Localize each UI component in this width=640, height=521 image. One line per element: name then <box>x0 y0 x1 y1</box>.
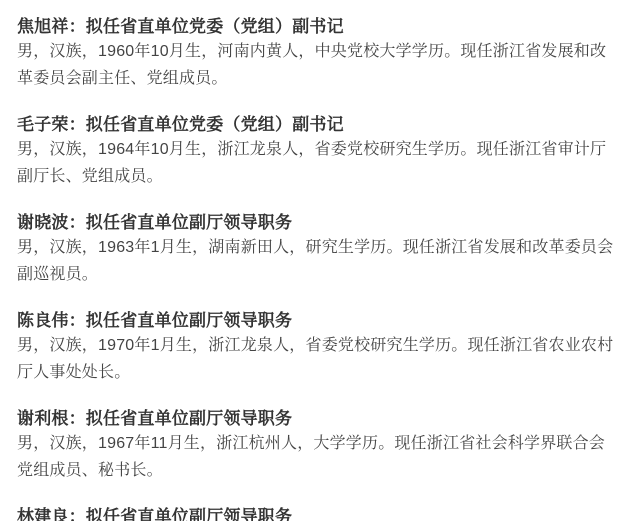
appointment-entry: 谢利根：拟任省直单位副厅领导职务 男，汉族，1967年11月生，浙江杭州人，大学… <box>17 407 622 484</box>
entry-body: 男，汉族，1960年10月生，河南内黄人，中央党校大学学历。现任浙江省发展和改 … <box>17 38 622 92</box>
appointment-entry: 谢晓波：拟任省直单位副厅领导职务 男，汉族，1963年1月生，湖南新田人，研究生… <box>17 211 622 288</box>
entry-heading: 谢晓波：拟任省直单位副厅领导职务 <box>17 211 622 234</box>
entry-body: 男，汉族，1964年10月生，浙江龙泉人，省委党校研究生学历。现任浙江省审计厅 … <box>17 136 622 190</box>
appointment-entry: 焦旭祥：拟任省直单位党委（党组）副书记 男，汉族，1960年10月生，河南内黄人… <box>17 15 622 92</box>
appointment-entry: 毛子荣：拟任省直单位党委（党组）副书记 男，汉族，1964年10月生，浙江龙泉人… <box>17 113 622 190</box>
entry-heading: 毛子荣：拟任省直单位党委（党组）副书记 <box>17 113 622 136</box>
entry-body: 男，汉族，1970年1月生，浙江龙泉人，省委党校研究生学历。现任浙江省农业农村 … <box>17 332 622 386</box>
entry-body: 男，汉族，1967年11月生，浙江杭州人，大学学历。现任浙江省社会科学界联合会 … <box>17 430 622 484</box>
entry-body: 男，汉族，1963年1月生，湖南新田人，研究生学历。现任浙江省发展和改革委员会 … <box>17 234 622 288</box>
entry-heading: 焦旭祥：拟任省直单位党委（党组）副书记 <box>17 15 622 38</box>
appointment-entry: 陈良伟：拟任省直单位副厅领导职务 男，汉族，1970年1月生，浙江龙泉人，省委党… <box>17 309 622 386</box>
entry-heading: 陈良伟：拟任省直单位副厅领导职务 <box>17 309 622 332</box>
appointments-article: 焦旭祥：拟任省直单位党委（党组）副书记 男，汉族，1960年10月生，河南内黄人… <box>0 0 640 521</box>
entry-heading: 林建良：拟任省直单位副厅领导职务 <box>17 505 622 521</box>
entry-heading: 谢利根：拟任省直单位副厅领导职务 <box>17 407 622 430</box>
appointment-entry: 林建良：拟任省直单位副厅领导职务 <box>17 505 622 521</box>
